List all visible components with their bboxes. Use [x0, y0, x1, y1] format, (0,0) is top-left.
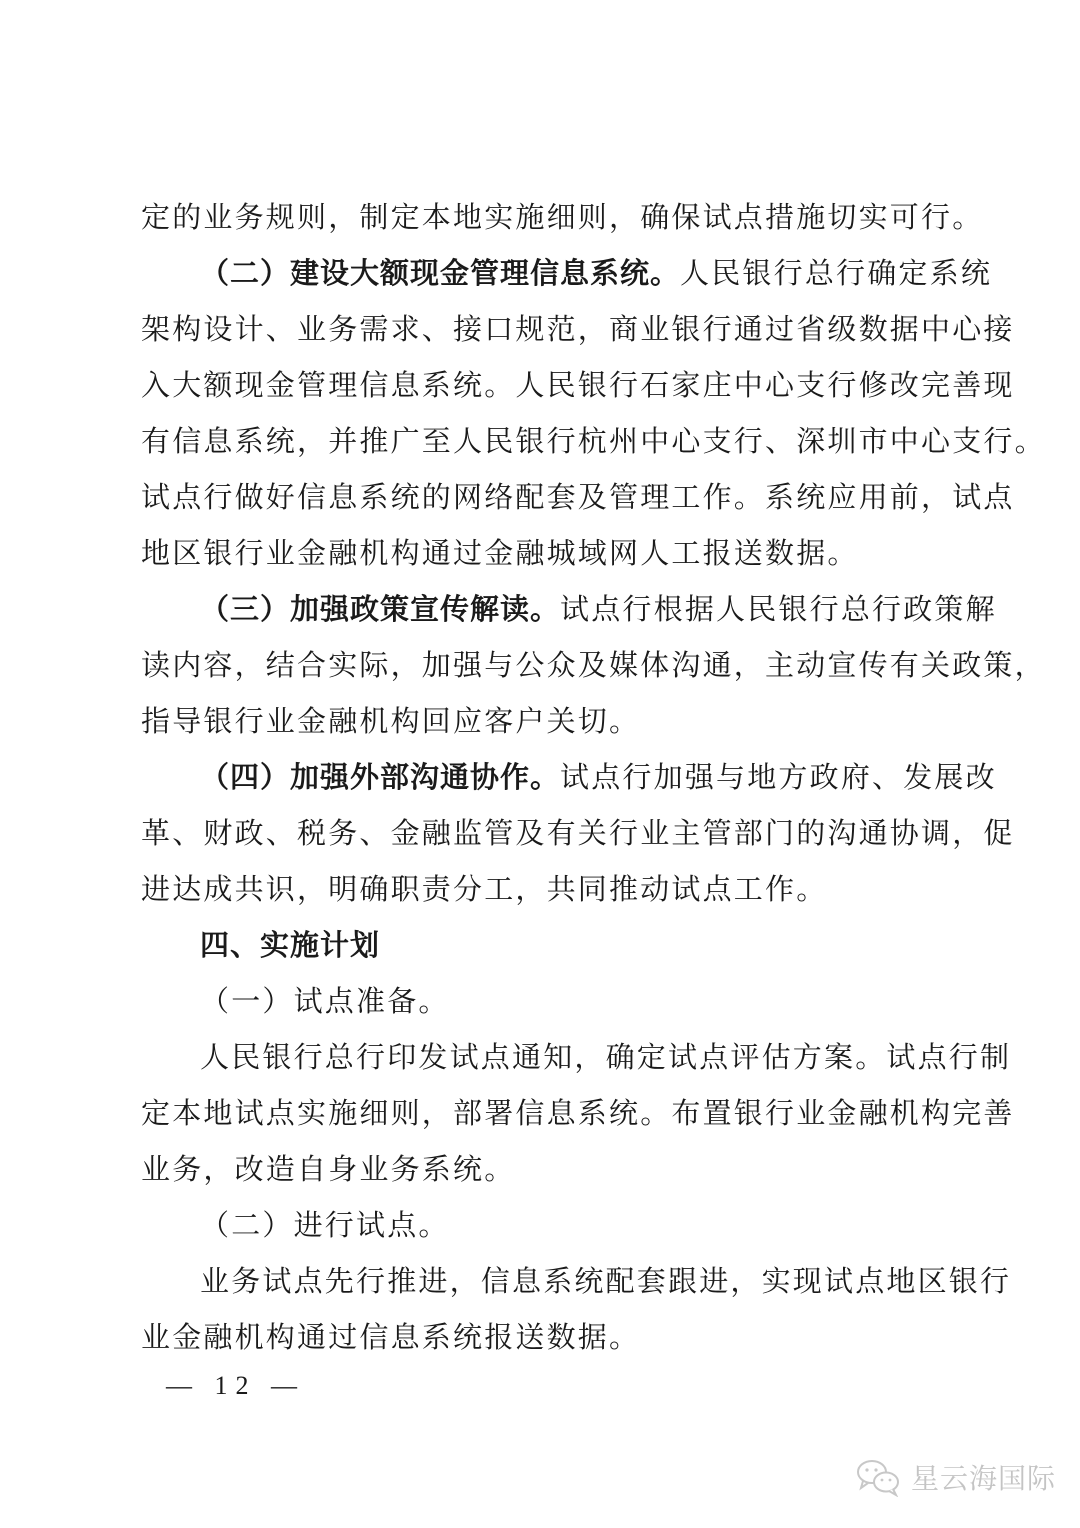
paragraph-line: 入大额现金管理信息系统。人民银行石家庄中心支行修改完善现	[141, 365, 941, 405]
document-page: 定的业务规则，制定本地实施细则，确保试点措施切实可行。 （二）建设大额现金管理信…	[0, 0, 1080, 1528]
line-text: 有信息系统，并推广至人民银行杭州中心支行、深圳市中心支行。	[141, 424, 1046, 458]
line-text: 地区银行业金融机构通过金融城域网人工报送数据。	[141, 536, 859, 570]
line-text: 人民银行总行确定系统	[680, 256, 992, 290]
line-text: 试点行加强与地方政府、发展改	[560, 760, 997, 794]
subheading-pilot-preparation: （一）试点准备。	[200, 984, 450, 1018]
watermark-text: 星云海国际	[911, 1457, 1056, 1497]
paragraph-line: 有信息系统，并推广至人民银行杭州中心支行、深圳市中心支行。	[141, 421, 941, 461]
paragraph-line: 革、财政、税务、金融监管及有关行业主管部门的沟通协调，促	[141, 813, 941, 853]
line-text: 人民银行总行印发试点通知，确定试点评估方案。试点行制	[200, 1040, 1011, 1074]
subheading-policy-publicity: （三）加强政策宣传解读。	[200, 592, 560, 626]
paragraph-line: 人民银行总行印发试点通知，确定试点评估方案。试点行制	[200, 1037, 1000, 1077]
paragraph-line: （三）加强政策宣传解读。试点行根据人民银行总行政策解	[200, 589, 1000, 629]
subheading-build-system: （二）建设大额现金管理信息系统。	[200, 256, 680, 290]
paragraph-line: 地区银行业金融机构通过金融城域网人工报送数据。	[141, 533, 941, 573]
wechat-icon	[855, 1457, 903, 1497]
paragraph-line: 业务，改造自身业务系统。	[141, 1149, 941, 1189]
paragraph-line: （二）进行试点。	[200, 1205, 1000, 1245]
line-text: 试点行做好信息系统的网络配套及管理工作。系统应用前，试点	[141, 480, 1015, 514]
paragraph-line: 架构设计、业务需求、接口规范，商业银行通过省级数据中心接	[141, 309, 941, 349]
paragraph-line: （四）加强外部沟通协作。试点行加强与地方政府、发展改	[200, 757, 1000, 797]
line-text: 进达成共识，明确职责分工，共同推动试点工作。	[141, 872, 827, 906]
section-heading: 四、实施计划	[200, 925, 1000, 965]
line-text: 业务试点先行推进，信息系统配套跟进，实现试点地区银行	[200, 1264, 1011, 1298]
line-text: 指导银行业金融机构回应客户关切。	[141, 704, 640, 738]
paragraph-line: 业务试点先行推进，信息系统配套跟进，实现试点地区银行	[200, 1261, 1000, 1301]
paragraph-line: 业金融机构通过信息系统报送数据。	[141, 1317, 941, 1357]
paragraph-line: 定的业务规则，制定本地实施细则，确保试点措施切实可行。	[141, 197, 941, 237]
paragraph-line: 读内容，结合实际，加强与公众及媒体沟通，主动宣传有关政策，	[141, 645, 941, 685]
subheading-conduct-pilot: （二）进行试点。	[200, 1208, 450, 1242]
line-text: 业金融机构通过信息系统报送数据。	[141, 1320, 640, 1354]
line-text: 革、财政、税务、金融监管及有关行业主管部门的沟通协调，促	[141, 816, 1015, 850]
line-text: 入大额现金管理信息系统。人民银行石家庄中心支行修改完善现	[141, 368, 1015, 402]
heading-implementation-plan: 四、实施计划	[200, 928, 380, 962]
paragraph-line: 进达成共识，明确职责分工，共同推动试点工作。	[141, 869, 941, 909]
line-text: 试点行根据人民银行总行政策解	[560, 592, 997, 626]
paragraph-line: （二）建设大额现金管理信息系统。人民银行总行确定系统	[200, 253, 1000, 293]
line-text: 读内容，结合实际，加强与公众及媒体沟通，主动宣传有关政策，	[141, 648, 1046, 682]
paragraph-line: 指导银行业金融机构回应客户关切。	[141, 701, 941, 741]
page-number: — 12 —	[166, 1368, 305, 1404]
paragraph-line: 试点行做好信息系统的网络配套及管理工作。系统应用前，试点	[141, 477, 941, 517]
line-text: 业务，改造自身业务系统。	[141, 1152, 515, 1186]
line-text: 定本地试点实施细则，部署信息系统。布置银行业金融机构完善	[141, 1096, 1015, 1130]
line-text: 定的业务规则，制定本地实施细则，确保试点措施切实可行。	[141, 200, 983, 234]
watermark: 星云海国际	[855, 1455, 1056, 1499]
paragraph-line: （一）试点准备。	[200, 981, 1000, 1021]
paragraph-line: 定本地试点实施细则，部署信息系统。布置银行业金融机构完善	[141, 1093, 941, 1133]
line-text: 架构设计、业务需求、接口规范，商业银行通过省级数据中心接	[141, 312, 1015, 346]
subheading-external-cooperation: （四）加强外部沟通协作。	[200, 760, 560, 794]
